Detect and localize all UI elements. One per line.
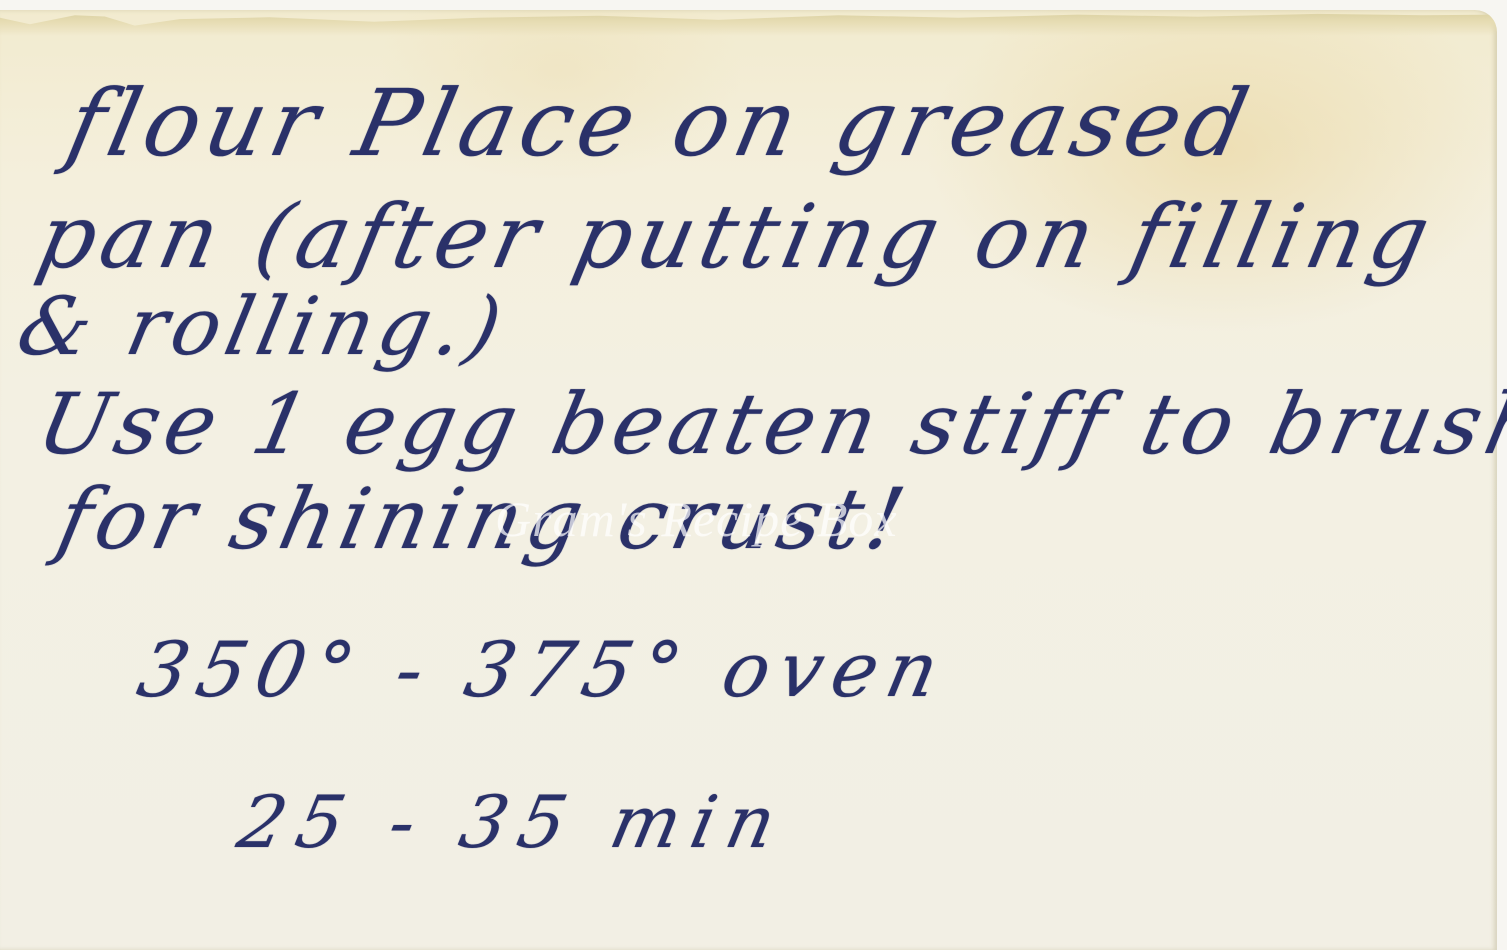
bake-time-line: 25 - 35 min: [231, 780, 795, 864]
oven-temperature-line: 350° - 375° oven: [131, 625, 957, 714]
handwritten-line-1: flour Place on greased: [59, 70, 1263, 177]
handwritten-line-2: pan (after putting on filling: [29, 185, 1444, 288]
handwritten-line-4: Use 1 egg beaten stiff to brush: [30, 375, 1507, 473]
handwritten-line-3: & rolling.): [10, 280, 515, 373]
recipe-card: flour Place on greased pan (after puttin…: [0, 10, 1497, 950]
torn-top-edge: [0, 10, 1497, 36]
watermark: Gram's Recipe Box: [495, 490, 898, 548]
